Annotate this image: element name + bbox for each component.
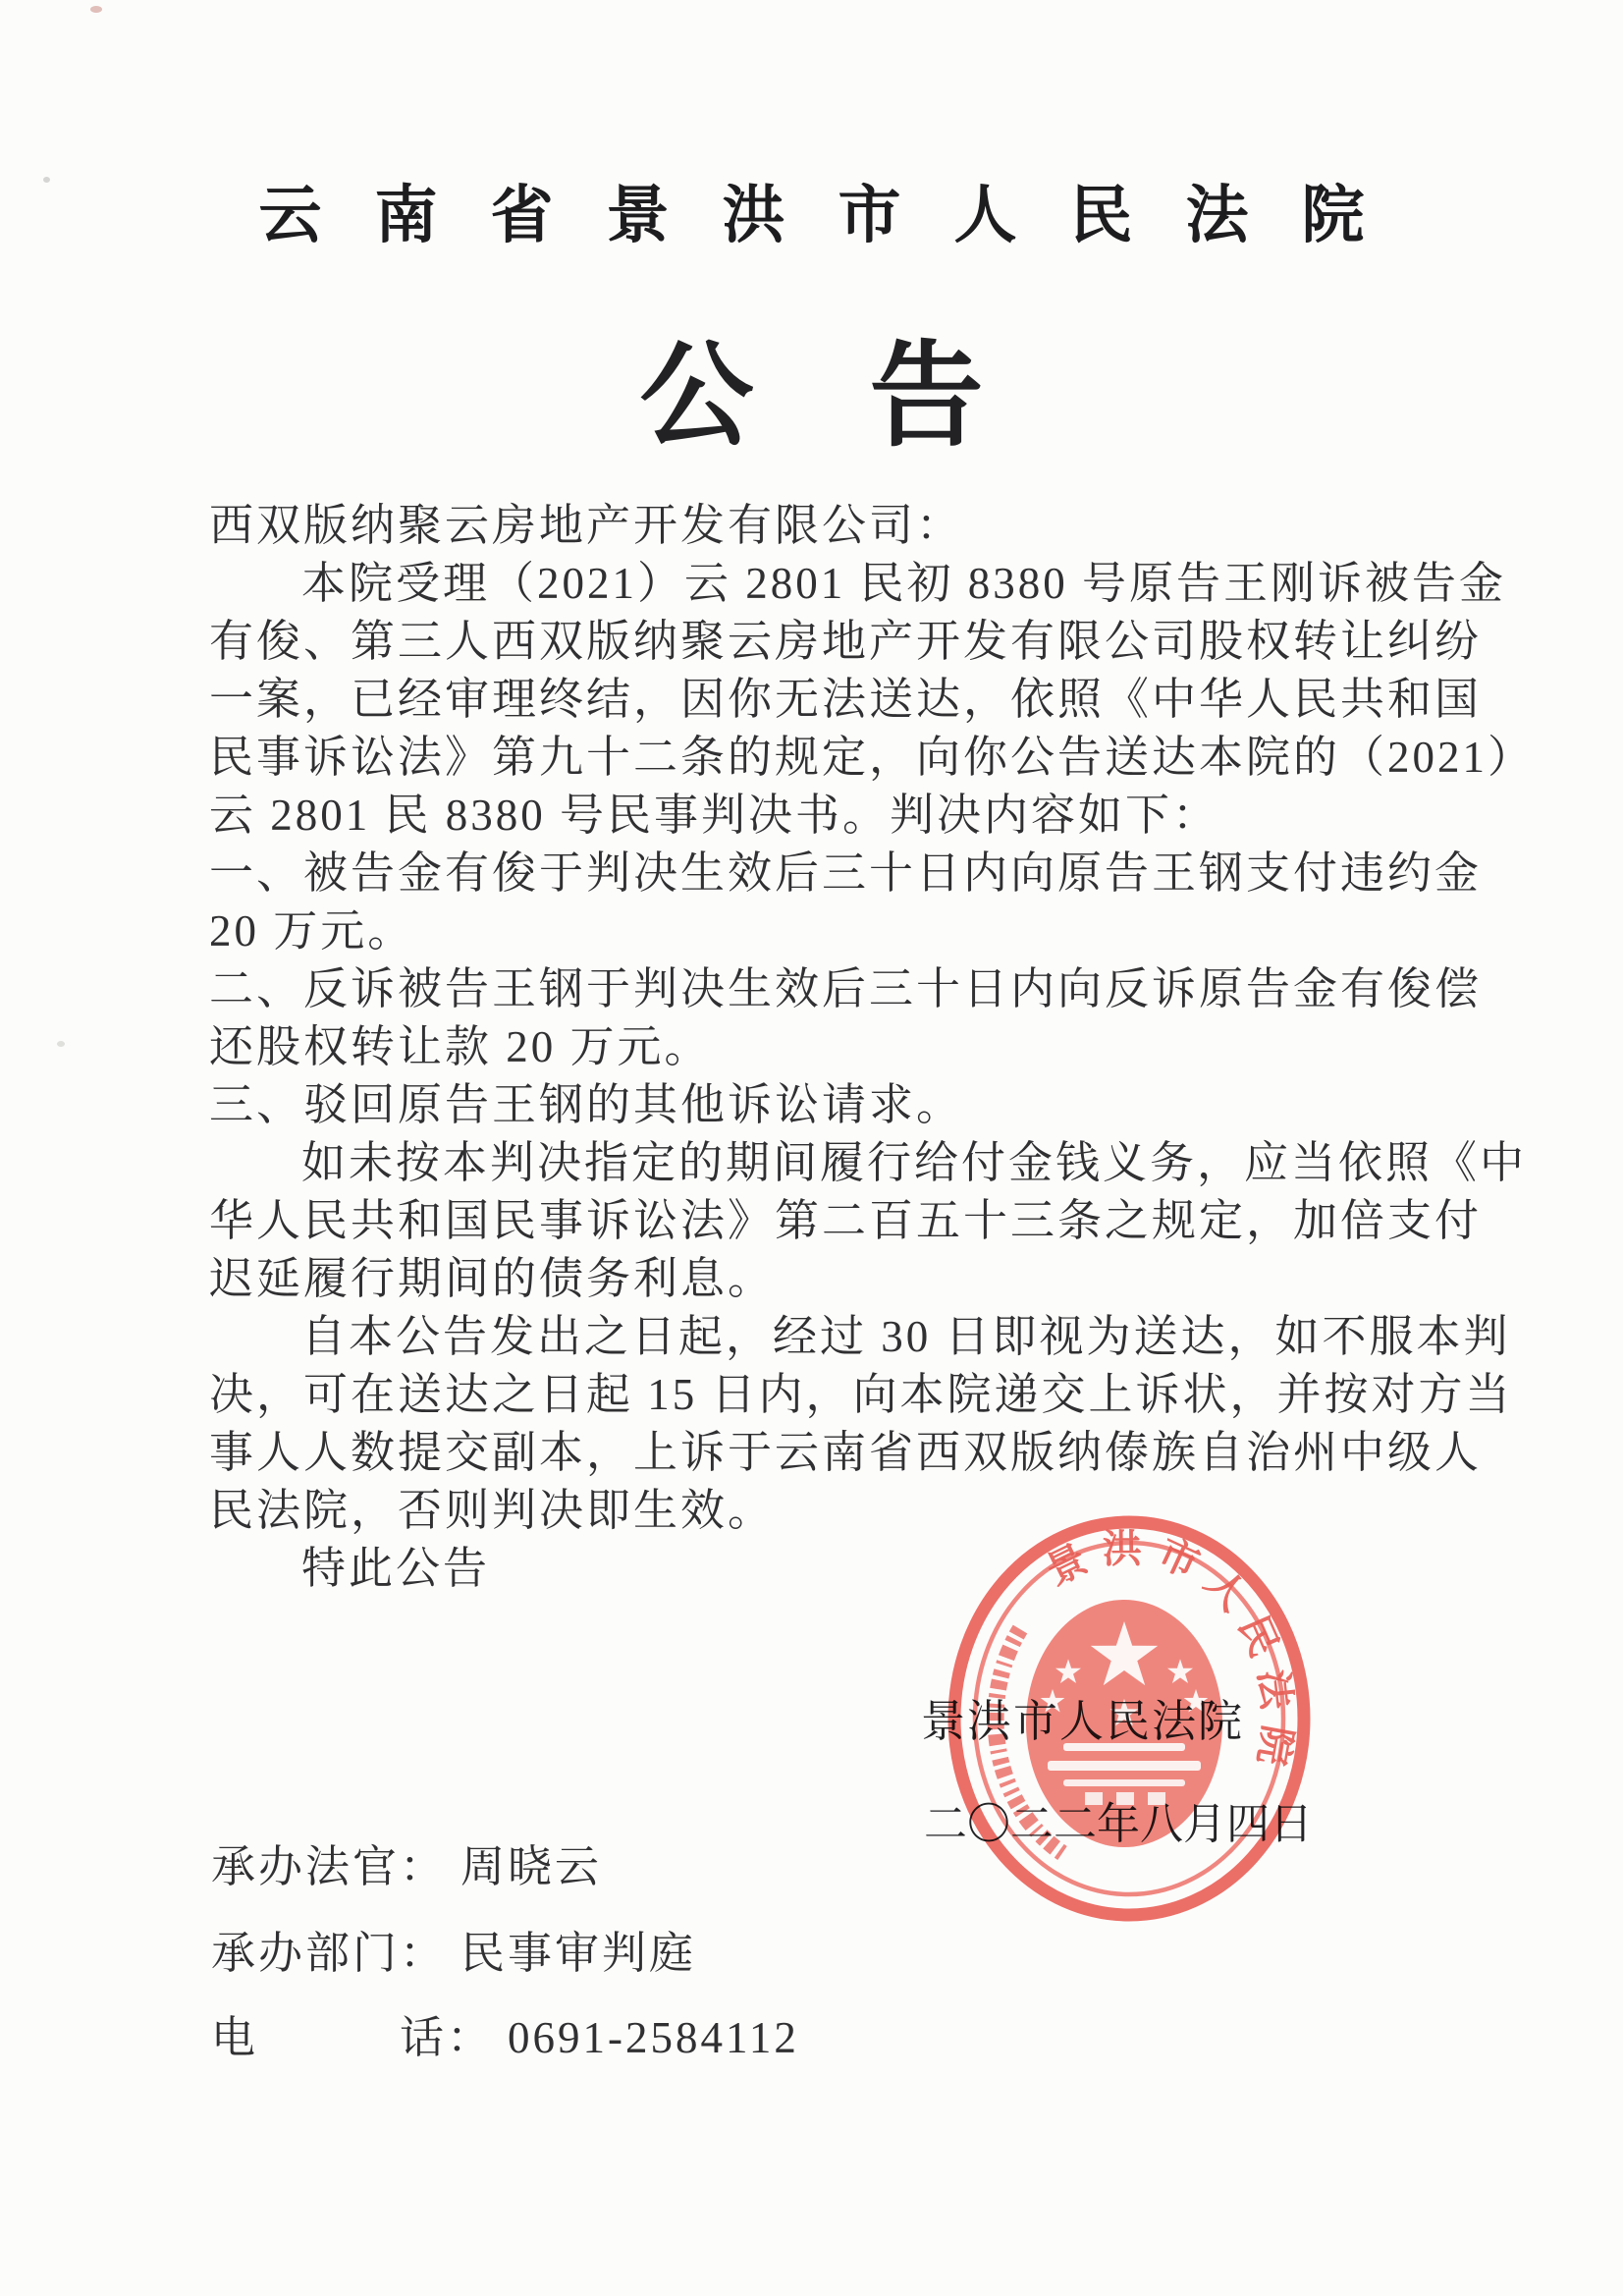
body-line: 西双版纳聚云房地产开发有限公司： [209, 497, 1486, 555]
handling-judge-row: 承办法官：周晓云 [211, 1838, 602, 1896]
body-line: 三、驳回原告王钢的其他诉讼请求。 [209, 1076, 1486, 1134]
body-line: 民法院，否则判决即生效。 [209, 1482, 1486, 1540]
body-line: 二、反诉被告王钢于判决生效后三十日内向反诉原告金有俊偿 [209, 960, 1486, 1018]
body-line: 华人民共和国民事诉讼法》第二百五十三条之规定，加倍支付 [209, 1192, 1486, 1250]
body-line: 本院受理（2021）云 2801 民初 8380 号原告王刚诉被告金 [209, 555, 1486, 613]
scan-artifact [90, 6, 102, 13]
body-line: 民事诉讼法》第九十二条的规定，向你公告送达本院的（2021） [209, 729, 1486, 787]
body-line: 云 2801 民 8380 号民事判决书。判决内容如下： [209, 787, 1486, 845]
body-line: 自本公告发出之日起，经过 30 日即视为送达，如不服本判 [209, 1308, 1486, 1366]
body-line: 一、被告金有俊于判决生效后三十日内向原告王钢支付违约金 [209, 845, 1486, 902]
body-line: 特此公告 [209, 1540, 1486, 1598]
phone-row: 电 话：0691-2584112 [211, 2009, 799, 2067]
department-name: 民事审判庭 [460, 1929, 696, 1978]
emblem-small-star-icon [1167, 1659, 1193, 1683]
judge-label: 承办法官： [211, 1842, 447, 1891]
body-line: 还股权转让款 20 万元。 [209, 1018, 1486, 1076]
notice-title: 公告 [0, 304, 1623, 468]
emblem-big-star-icon [1091, 1621, 1158, 1685]
judge-name: 周晓云 [460, 1842, 602, 1891]
scan-artifact [57, 1041, 65, 1047]
body-line: 迟延履行期间的债务利息。 [209, 1250, 1486, 1308]
body-line: 20 万元。 [209, 902, 1486, 960]
body-line: 事人人数提交副本，上诉于云南省西双版纳傣族自治州中级人 [209, 1424, 1486, 1482]
signature-date: 二〇二二年八月四日 [924, 1795, 1313, 1853]
body-line: 有俊、第三人西双版纳聚云房地产开发有限公司股权转让纠纷 [209, 613, 1486, 671]
phone-number: 0691-2584112 [508, 2013, 799, 2062]
court-name-heading: 云南省景洪市人民法院 [0, 165, 1623, 255]
emblem-small-star-icon [1055, 1659, 1081, 1683]
signature-court-name: 景洪市人民法院 [921, 1693, 1244, 1751]
body-line: 决，可在送达之日起 15 日内，向本院递交上诉状，并按对方当 [209, 1366, 1486, 1424]
body-line: 一案，已经审理终结，因你无法送达，依照《中华人民共和国 [209, 671, 1486, 729]
handling-department-row: 承办部门：民事审判庭 [211, 1925, 696, 1983]
department-label: 承办部门： [211, 1929, 447, 1978]
court-notice-page: 云南省景洪市人民法院 公告 西双版纳聚云房地产开发有限公司： 本院受理（2021… [0, 0, 1623, 2296]
body-line: 如未按本判决指定的期间履行给付金钱义务，应当依照《中 [209, 1134, 1486, 1192]
phone-label: 电 话： [211, 2013, 494, 2062]
notice-body: 西双版纳聚云房地产开发有限公司： 本院受理（2021）云 2801 民初 838… [209, 497, 1486, 1598]
